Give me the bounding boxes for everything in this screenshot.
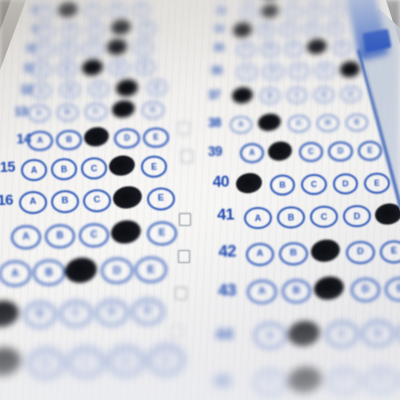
bubble-D: D <box>362 321 394 347</box>
bubble-A: A <box>240 0 258 1</box>
question-row-41: 41ABCD <box>0 213 400 221</box>
bubble-C: C <box>299 142 324 162</box>
question-row-44: 44ACDE <box>0 331 400 339</box>
bubble-C: C <box>288 115 310 132</box>
question-number: 35 <box>164 43 224 55</box>
bubble-E: E <box>328 3 346 17</box>
question-number: 33 <box>166 6 226 18</box>
bubble-E: E <box>332 40 351 55</box>
bubble-E: E <box>341 86 361 102</box>
question-number: 38 <box>161 117 221 131</box>
bubble-C: C <box>301 173 327 194</box>
question-row-43: 43ABDE <box>0 287 400 295</box>
question-row-33: 33ACDE <box>0 8 400 16</box>
bubble-A: A <box>247 280 277 305</box>
bubble-D: D <box>364 367 397 394</box>
question-number: 45 <box>171 372 231 391</box>
question-number: 42 <box>176 243 236 261</box>
bubble-D: D <box>328 141 353 161</box>
bubble-E: E <box>364 172 390 193</box>
bubble-D: D <box>346 240 375 264</box>
bubble-A: A <box>240 5 258 19</box>
question-number: 39 <box>162 144 222 159</box>
bubble-D: D <box>314 87 334 103</box>
scantron-photo: 8ACDE9ABCE10ABCE11ABDE12ABCE13ABCE14ABDE… <box>0 0 400 400</box>
filled-bubble-B <box>256 112 281 133</box>
filled-bubble-C <box>312 275 346 303</box>
question-row-37: 37BCDE <box>0 92 400 100</box>
bubble-B: B <box>257 22 275 37</box>
question-number: 41 <box>174 208 234 226</box>
filled-bubble-B <box>286 318 322 348</box>
bubble-A: A <box>246 242 275 266</box>
filled-bubble-E <box>339 60 362 79</box>
bubble-C: C <box>284 4 302 18</box>
bubble-D: D <box>306 4 324 18</box>
question-row-42: 42ABDE <box>0 249 400 257</box>
bubble-C: C <box>280 22 298 37</box>
bubble-B: B <box>281 279 311 304</box>
bubble-C: C <box>327 368 360 395</box>
filled-bubble-A <box>231 21 252 39</box>
filled-bubble-B <box>286 364 324 396</box>
filled-bubble-B <box>260 0 280 1</box>
filled-bubble-B <box>266 139 293 161</box>
bubble-D: D <box>343 205 370 228</box>
filled-bubble-E <box>373 201 400 226</box>
bubble-D: D <box>315 63 335 79</box>
question-row-40: 40BCDE <box>0 180 400 188</box>
bubble-B: B <box>279 242 308 266</box>
bubble-B: B <box>263 64 283 80</box>
filled-bubble-A <box>235 171 264 195</box>
question-row-39: 39ACDE <box>0 148 400 156</box>
bubble-D: D <box>332 173 358 194</box>
bubble-B: B <box>269 174 295 195</box>
bubble-A: A <box>240 143 265 163</box>
filled-bubble-A <box>230 86 254 106</box>
bubble-A: A <box>254 323 286 349</box>
question-row-36: 36ABCD <box>0 68 400 76</box>
bubble-A: A <box>244 207 271 230</box>
question-number: 44 <box>173 325 233 344</box>
filled-bubble-D <box>306 38 328 56</box>
bubble-D: D <box>303 22 321 37</box>
bubble-C: C <box>289 63 309 79</box>
bubble-E: E <box>358 141 383 161</box>
question-number: 37 <box>160 89 220 102</box>
question-row-35: 35ABCE <box>0 45 400 53</box>
bubble-E: E <box>385 277 400 302</box>
bubble-E: E <box>326 21 344 36</box>
bubble-C: C <box>284 0 302 1</box>
question-row-34: 34BCDE <box>0 26 400 34</box>
filled-bubble-C <box>309 237 341 264</box>
question-number: 43 <box>176 281 236 300</box>
bubble-C: C <box>310 206 337 229</box>
bubble-C: C <box>287 87 307 103</box>
bubble-A: A <box>253 369 286 396</box>
bubble-A: A <box>230 116 252 133</box>
question-row-45: 45ACDE <box>0 378 400 386</box>
bubble-B: B <box>260 88 280 104</box>
question-row-38: 38ACDE <box>0 120 400 128</box>
bubble-C: C <box>284 41 303 56</box>
bubble-C: C <box>326 321 358 347</box>
question-number: 34 <box>164 24 224 36</box>
bubble-A: A <box>237 42 256 57</box>
filled-bubble-B <box>260 2 280 19</box>
question-number: 40 <box>169 175 229 192</box>
bubble-D: D <box>317 114 339 131</box>
answers-column-right: 32ACDE33ACDE34BCDE35ABCE36ABCD37BCDE38AC… <box>0 0 400 400</box>
bubble-B: B <box>260 41 279 56</box>
bubble-A: A <box>237 64 257 80</box>
bubble-B: B <box>277 206 304 229</box>
bubble-E: E <box>346 113 368 130</box>
bubble-D: D <box>350 278 380 303</box>
bubble-E: E <box>380 240 400 264</box>
question-number: 36 <box>162 66 222 79</box>
